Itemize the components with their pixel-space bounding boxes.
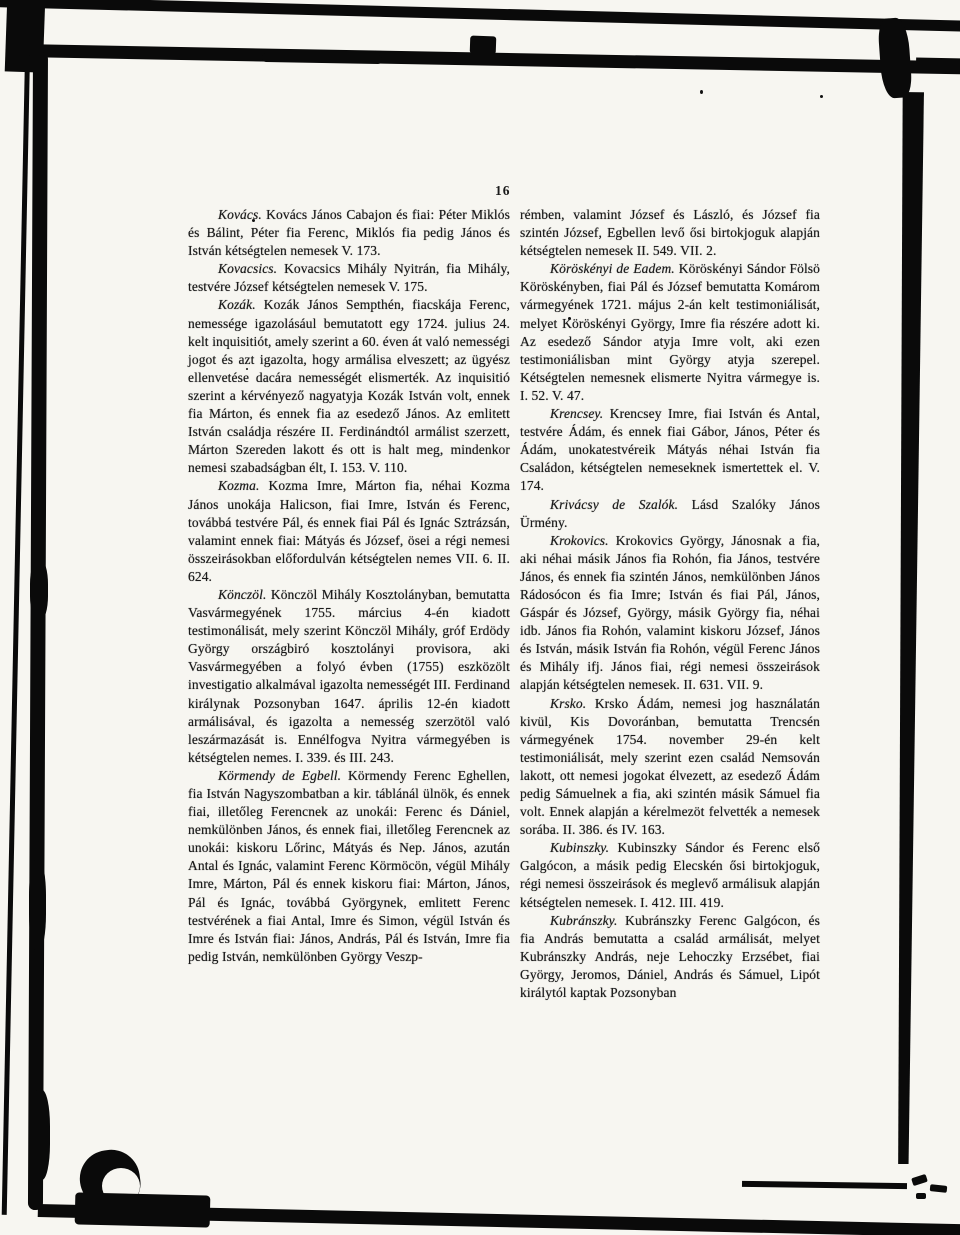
family-entry-kozak: Kozák. Kozák János Sempthén, fiacskája F… — [188, 296, 510, 477]
family-entry-kozma: Kozma. Kozma Imre, Márton fia, néhai Koz… — [188, 477, 510, 586]
scan-blot-bottom-left — [75, 1192, 211, 1227]
family-entry-krencsey: Krencsey. Krencsey Imre, fiai István és … — [520, 405, 820, 495]
family-entry-krokovics: Krokovics. Krokovics György, Jánosnak a … — [520, 532, 820, 695]
scan-smudge — [916, 57, 960, 73]
family-name: Körmendy de Egbell. — [218, 768, 341, 783]
family-entry-koroskenyi: Köröskényi de Eadem. Köröskényi Sándor F… — [520, 260, 820, 405]
family-name: Kovács. — [218, 207, 262, 222]
entry-text: Kozma Imre, Márton fia, néhai Kozma Jáno… — [188, 478, 510, 583]
entry-text: Kozák János Sempthén, fiacskája Ferenc, … — [188, 297, 510, 475]
entry-text: Köröskényi Sándor Fölsö Köröskényben, fi… — [520, 261, 820, 403]
scan-line-bottom-right — [742, 1181, 907, 1189]
family-name: Krokovics. — [550, 533, 609, 548]
family-entry-kubinszky: Kubinszky. Kubinszky Sándor és Ferenc el… — [520, 839, 820, 911]
family-entry-krsko: Krsko. Krsko Ádám, nemesi jog használatá… — [520, 695, 820, 840]
family-entry-konczol: Könczöl. Könczöl Mihály Kosztolányban, b… — [188, 586, 510, 767]
family-name: Krencsey. — [550, 406, 603, 421]
ink-speck — [820, 95, 823, 98]
family-entry-continuation: rémben, valamint József és László, és Jó… — [520, 206, 820, 260]
scan-smudge — [29, 860, 46, 950]
family-entry-kovacsics: Kovacsics. Kovacsics Mihály Nyitrán, fia… — [188, 260, 510, 296]
family-entry-krivacsy: Krivácsy de Szalók. Lásd Szalóky János Ü… — [520, 496, 820, 532]
entry-text: Könczöl Mihály Kosztolányban, bemutatta … — [188, 587, 510, 765]
family-entry-kubranszky: Kubránszky. Kubránszky Ferenc Galgócon, … — [520, 912, 820, 1002]
scan-edge-top-line — [0, 0, 960, 32]
entry-text: Krsko Ádám, nemesi jog használatán kivül… — [520, 696, 820, 838]
scan-smudge — [916, 1193, 926, 1199]
scan-smudge — [930, 1184, 948, 1193]
family-name: Krivácsy de Szalók. — [550, 497, 678, 512]
family-name: Kubinszky. — [550, 840, 609, 855]
scan-edge-left-line — [2, 55, 30, 1215]
family-name: Kozák. — [218, 297, 256, 312]
family-name: Kubránszky. — [550, 913, 617, 928]
entry-text: rémben, valamint József és László, és Jó… — [520, 207, 820, 258]
family-name: Kozma. — [218, 478, 259, 493]
text-column-left: Kovács. Kovács János Cabajon és fiai: Pé… — [188, 206, 510, 966]
text-column-right: rémben, valamint József és László, és Jó… — [520, 206, 820, 1002]
scan-edge-left-stripe — [28, 52, 48, 1210]
family-entry-kormendy: Körmendy de Egbell. Körmendy Ferenc Eghe… — [188, 767, 510, 966]
scan-edge-right-band — [894, 92, 924, 1164]
scan-smudge — [470, 36, 497, 55]
scan-smudge — [30, 1090, 50, 1180]
scan-smudge — [30, 560, 48, 620]
ink-speck — [700, 90, 703, 94]
entry-text: Körmendy Ferenc Eghellen, fia István Nag… — [188, 768, 510, 964]
page-number: 16 — [495, 183, 511, 199]
entry-text: Krokovics György, Jánosnak a fia, aki né… — [520, 533, 820, 693]
family-entry-kovacs: Kovács. Kovács János Cabajon és fiai: Pé… — [188, 206, 510, 260]
family-name: Köröskényi de Eadem. — [550, 261, 675, 276]
scanned-book-page: 16 Kovács. Kovács János Cabajon és fiai:… — [0, 0, 960, 1235]
scan-smudge — [262, 53, 382, 64]
family-name: Könczöl. — [218, 587, 266, 602]
family-name: Krsko. — [550, 696, 586, 711]
scan-smudge — [911, 1174, 928, 1186]
family-name: Kovacsics. — [218, 261, 277, 276]
